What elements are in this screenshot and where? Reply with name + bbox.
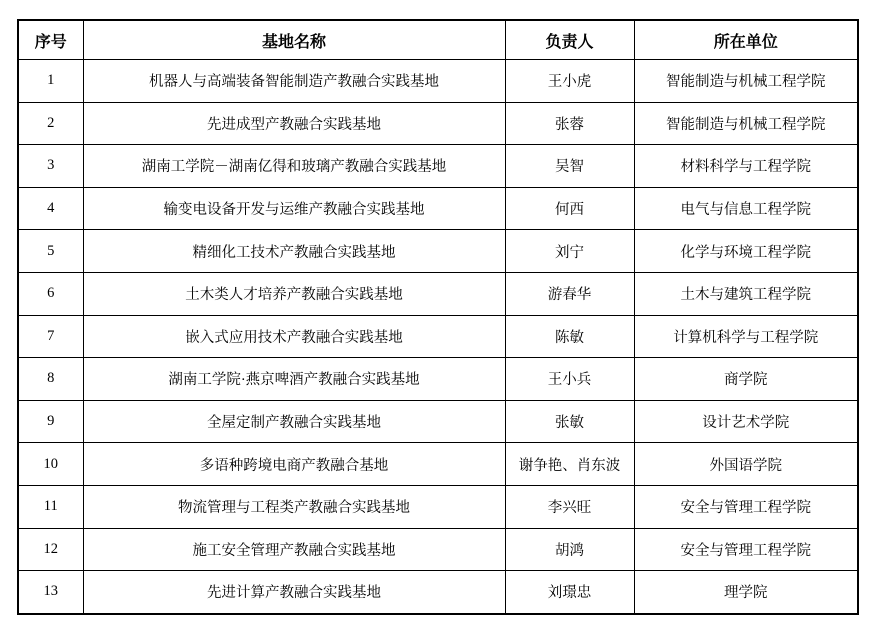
table-row: 2 先进成型产教融合实践基地 张蓉 智能制造与机械工程学院 (18, 102, 858, 145)
table-row: 5 精细化工技术产教融合实践基地 刘宁 化学与环境工程学院 (18, 230, 858, 273)
cell-name: 多语种跨境电商产教融合基地 (83, 443, 505, 486)
cell-name: 全屋定制产教融合实践基地 (83, 400, 505, 443)
cell-person: 李兴旺 (505, 485, 634, 528)
cell-unit: 外国语学院 (634, 443, 858, 486)
cell-person: 胡鸿 (505, 528, 634, 571)
cell-person: 王小兵 (505, 358, 634, 401)
table-row: 8 湖南工学院·燕京啤酒产教融合实践基地 王小兵 商学院 (18, 358, 858, 401)
cell-name: 施工安全管理产教融合实践基地 (83, 528, 505, 571)
cell-person: 何西 (505, 187, 634, 230)
cell-name: 机器人与高端装备智能制造产教融合实践基地 (83, 60, 505, 103)
cell-unit: 安全与管理工程学院 (634, 485, 858, 528)
cell-person: 刘璟忠 (505, 571, 634, 614)
table-row: 13 先进计算产教融合实践基地 刘璟忠 理学院 (18, 571, 858, 614)
table-row: 11 物流管理与工程类产教融合实践基地 李兴旺 安全与管理工程学院 (18, 485, 858, 528)
cell-name: 先进成型产教融合实践基地 (83, 102, 505, 145)
cell-unit: 理学院 (634, 571, 858, 614)
cell-name: 湖南工学院·燕京啤酒产教融合实践基地 (83, 358, 505, 401)
document-page: 序号 基地名称 负责人 所在单位 1 机器人与高端装备智能制造产教融合实践基地 … (0, 0, 870, 630)
cell-unit: 化学与环境工程学院 (634, 230, 858, 273)
cell-no: 2 (18, 102, 83, 145)
cell-unit: 电气与信息工程学院 (634, 187, 858, 230)
cell-no: 3 (18, 145, 83, 188)
cell-unit: 智能制造与机械工程学院 (634, 60, 858, 103)
cell-unit: 材料科学与工程学院 (634, 145, 858, 188)
header-cell-no: 序号 (18, 20, 83, 60)
practice-base-table: 序号 基地名称 负责人 所在单位 1 机器人与高端装备智能制造产教融合实践基地 … (17, 19, 859, 615)
cell-unit: 土木与建筑工程学院 (634, 272, 858, 315)
cell-person: 张敏 (505, 400, 634, 443)
table-row: 6 土木类人才培养产教融合实践基地 游春华 土木与建筑工程学院 (18, 272, 858, 315)
cell-person: 吴智 (505, 145, 634, 188)
cell-no: 5 (18, 230, 83, 273)
cell-no: 1 (18, 60, 83, 103)
table-row: 10 多语种跨境电商产教融合基地 谢争艳、肖东波 外国语学院 (18, 443, 858, 486)
cell-no: 13 (18, 571, 83, 614)
header-cell-person: 负责人 (505, 20, 634, 60)
cell-unit: 设计艺术学院 (634, 400, 858, 443)
table-header: 序号 基地名称 负责人 所在单位 (18, 20, 858, 60)
table-body: 1 机器人与高端装备智能制造产教融合实践基地 王小虎 智能制造与机械工程学院 2… (18, 60, 858, 614)
cell-no: 8 (18, 358, 83, 401)
table-row: 9 全屋定制产教融合实践基地 张敏 设计艺术学院 (18, 400, 858, 443)
cell-no: 10 (18, 443, 83, 486)
cell-name: 嵌入式应用技术产教融合实践基地 (83, 315, 505, 358)
cell-name: 输变电设备开发与运维产教融合实践基地 (83, 187, 505, 230)
cell-unit: 计算机科学与工程学院 (634, 315, 858, 358)
cell-person: 刘宁 (505, 230, 634, 273)
cell-person: 陈敏 (505, 315, 634, 358)
cell-unit: 商学院 (634, 358, 858, 401)
cell-no: 11 (18, 485, 83, 528)
cell-name: 精细化工技术产教融合实践基地 (83, 230, 505, 273)
cell-person: 张蓉 (505, 102, 634, 145)
cell-name: 先进计算产教融合实践基地 (83, 571, 505, 614)
table-row: 1 机器人与高端装备智能制造产教融合实践基地 王小虎 智能制造与机械工程学院 (18, 60, 858, 103)
header-cell-name: 基地名称 (83, 20, 505, 60)
table-row: 12 施工安全管理产教融合实践基地 胡鸿 安全与管理工程学院 (18, 528, 858, 571)
cell-no: 7 (18, 315, 83, 358)
cell-unit: 智能制造与机械工程学院 (634, 102, 858, 145)
cell-no: 12 (18, 528, 83, 571)
cell-no: 4 (18, 187, 83, 230)
cell-no: 9 (18, 400, 83, 443)
table-row: 7 嵌入式应用技术产教融合实践基地 陈敏 计算机科学与工程学院 (18, 315, 858, 358)
cell-person: 游春华 (505, 272, 634, 315)
cell-unit: 安全与管理工程学院 (634, 528, 858, 571)
header-cell-unit: 所在单位 (634, 20, 858, 60)
cell-person: 王小虎 (505, 60, 634, 103)
header-row: 序号 基地名称 负责人 所在单位 (18, 20, 858, 60)
cell-no: 6 (18, 272, 83, 315)
table-row: 3 湖南工学院－湖南亿得和玻璃产教融合实践基地 吴智 材料科学与工程学院 (18, 145, 858, 188)
cell-person: 谢争艳、肖东波 (505, 443, 634, 486)
table-row: 4 输变电设备开发与运维产教融合实践基地 何西 电气与信息工程学院 (18, 187, 858, 230)
cell-name: 湖南工学院－湖南亿得和玻璃产教融合实践基地 (83, 145, 505, 188)
cell-name: 土木类人才培养产教融合实践基地 (83, 272, 505, 315)
cell-name: 物流管理与工程类产教融合实践基地 (83, 485, 505, 528)
